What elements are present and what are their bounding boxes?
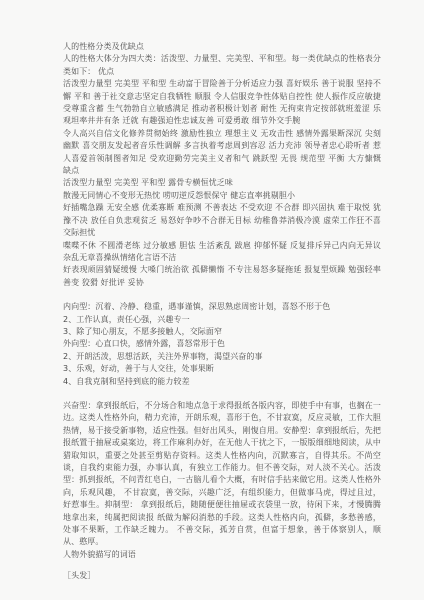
- paragraph-disadvantages-3: 喋喋不休 不圆滑老练 过分敏感 胆怯 生活紊乱 跋扈 抑郁怀疑 反复排斥异己内向…: [63, 240, 381, 265]
- paragraph-extrovert-1: 外向型：心直口快，感情外露，喜怒常形于色: [63, 338, 381, 350]
- paragraph-advantages-1: 活泼型力量型 完美型 平和型 生动富于冒险善于分析适应力强 喜好娱乐 善于说服 …: [63, 78, 381, 128]
- paragraph-disadvantages-1: 散漫无同情心不变形无热忱 唠叨逆反怨恨保守 健忘直率挑剔胆小: [63, 190, 381, 202]
- paragraph-disadvantages-2: 好插嘴急躁 无安全感 优柔寡断 难预测 不善表达 不受欢迎 不合群 即兴固执 难…: [63, 202, 381, 239]
- paragraph-intro: 人的性格大体分为四大类：活泼型、力量型、完美型、平和型。每一类优缺点的性格表分类…: [63, 53, 381, 78]
- document-page: 人的性格分类及优缺点 人的性格大体分为四大类：活泼型、力量型、完美型、平和型。每…: [0, 0, 424, 600]
- paragraph-newspaper-types: 兴奋型：拿到报纸后，不分场合和地点急于求得报纸各版内容，即使手中有事，也搁在一边…: [63, 400, 381, 549]
- section-title-appearance-words: 人物外貌描写的词语: [63, 549, 381, 561]
- paragraph-introvert-1: 内向型：沉着、冷静、稳重，遇事谨慎，深思熟虑周密计划，喜怒不形于色: [63, 301, 381, 313]
- paragraph-introvert-2: 2、工作认真，责任心强，兴趣专一: [63, 314, 381, 326]
- paragraph-disadvantages-4: 好表现顽固猜疑缓慢 大嗓门统治欲 孤僻懒惰 不专注易怒多疑拖延 报复型烦躁 勉强…: [63, 264, 381, 289]
- paragraph-introvert-3: 3、除了知心朋友，不愿多接触人，交际面窄: [63, 326, 381, 338]
- paragraph-extrovert-2: 2、开朗活泼，思想活跃，关注外界事物，渴望兴奋的事: [63, 351, 381, 363]
- subsection-label-hair: ［头发］: [63, 570, 381, 582]
- paragraph-extrovert-3: 3、乐观，好动，善于与人交往，处事果断: [63, 363, 381, 375]
- paragraph-advantages-2: 令人高兴自信文化修养贯彻始终 激励性独立 理想主义 无攻击性 感情外露果断深沉 …: [63, 128, 381, 178]
- document-title: 人的性格分类及优缺点: [63, 41, 381, 53]
- paragraph-extrovert-4: 4、自我克制和坚持到底的能力较差: [63, 376, 381, 388]
- paragraph-disadvantages-header: 活泼型力量型 完美型 平和型 露骨专横恒忧乏味: [63, 177, 381, 189]
